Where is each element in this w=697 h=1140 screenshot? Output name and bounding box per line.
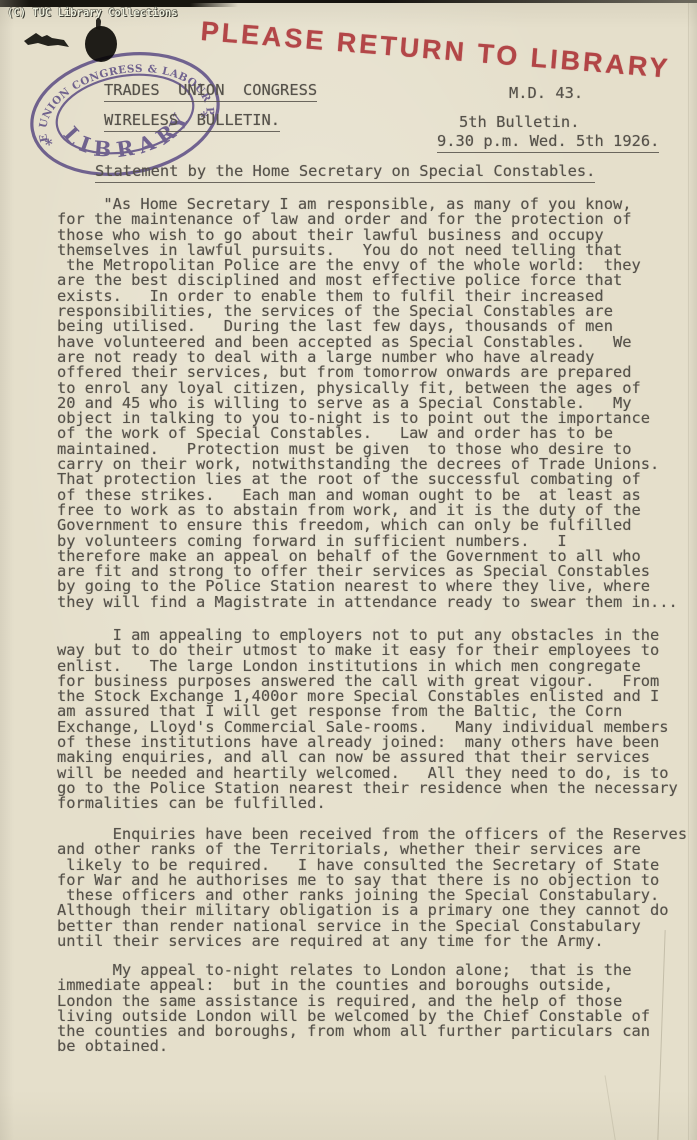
paper-crease — [605, 1075, 617, 1140]
body-paragraph-1: "As Home Secretary I am responsible, as … — [57, 197, 678, 610]
document-title: Statement by the Home Secretary on Speci… — [95, 164, 595, 179]
header-document-type-text: WIRELESS BULLETIN. — [104, 111, 280, 132]
body-paragraph-2: I am appealing to employers not to put a… — [57, 628, 678, 812]
paper-crease — [688, 0, 689, 1140]
header-datetime: 9.30 p.m. Wed. 5th 1926. — [437, 134, 659, 149]
scan-top-edge-shadow — [0, 0, 238, 7]
header-organisation-text: TRADES UNION CONGRESS — [104, 81, 317, 102]
oval-stamp-left-star: * — [44, 135, 55, 154]
header-bulletin-number: 5th Bulletin. — [459, 115, 579, 130]
header-document-type: WIRELESS BULLETIN. — [104, 113, 280, 128]
document-title-text: Statement by the Home Secretary on Speci… — [95, 162, 595, 183]
body-paragraph-4: My appeal to-night relates to London alo… — [57, 963, 650, 1055]
body-paragraph-3: Enquiries have been received from the of… — [57, 827, 687, 949]
header-reference-number: M.D. 43. — [509, 86, 583, 101]
header-datetime-text: 9.30 p.m. Wed. 5th 1926. — [437, 132, 659, 153]
paper-crease — [657, 930, 665, 1140]
scanned-document-page: (C) TUC Library Collections TRADE UNION … — [0, 0, 697, 1140]
please-return-stamp: PLEASE RETURN TO LIBRARY — [200, 16, 672, 85]
header-organisation: TRADES UNION CONGRESS — [104, 83, 317, 98]
